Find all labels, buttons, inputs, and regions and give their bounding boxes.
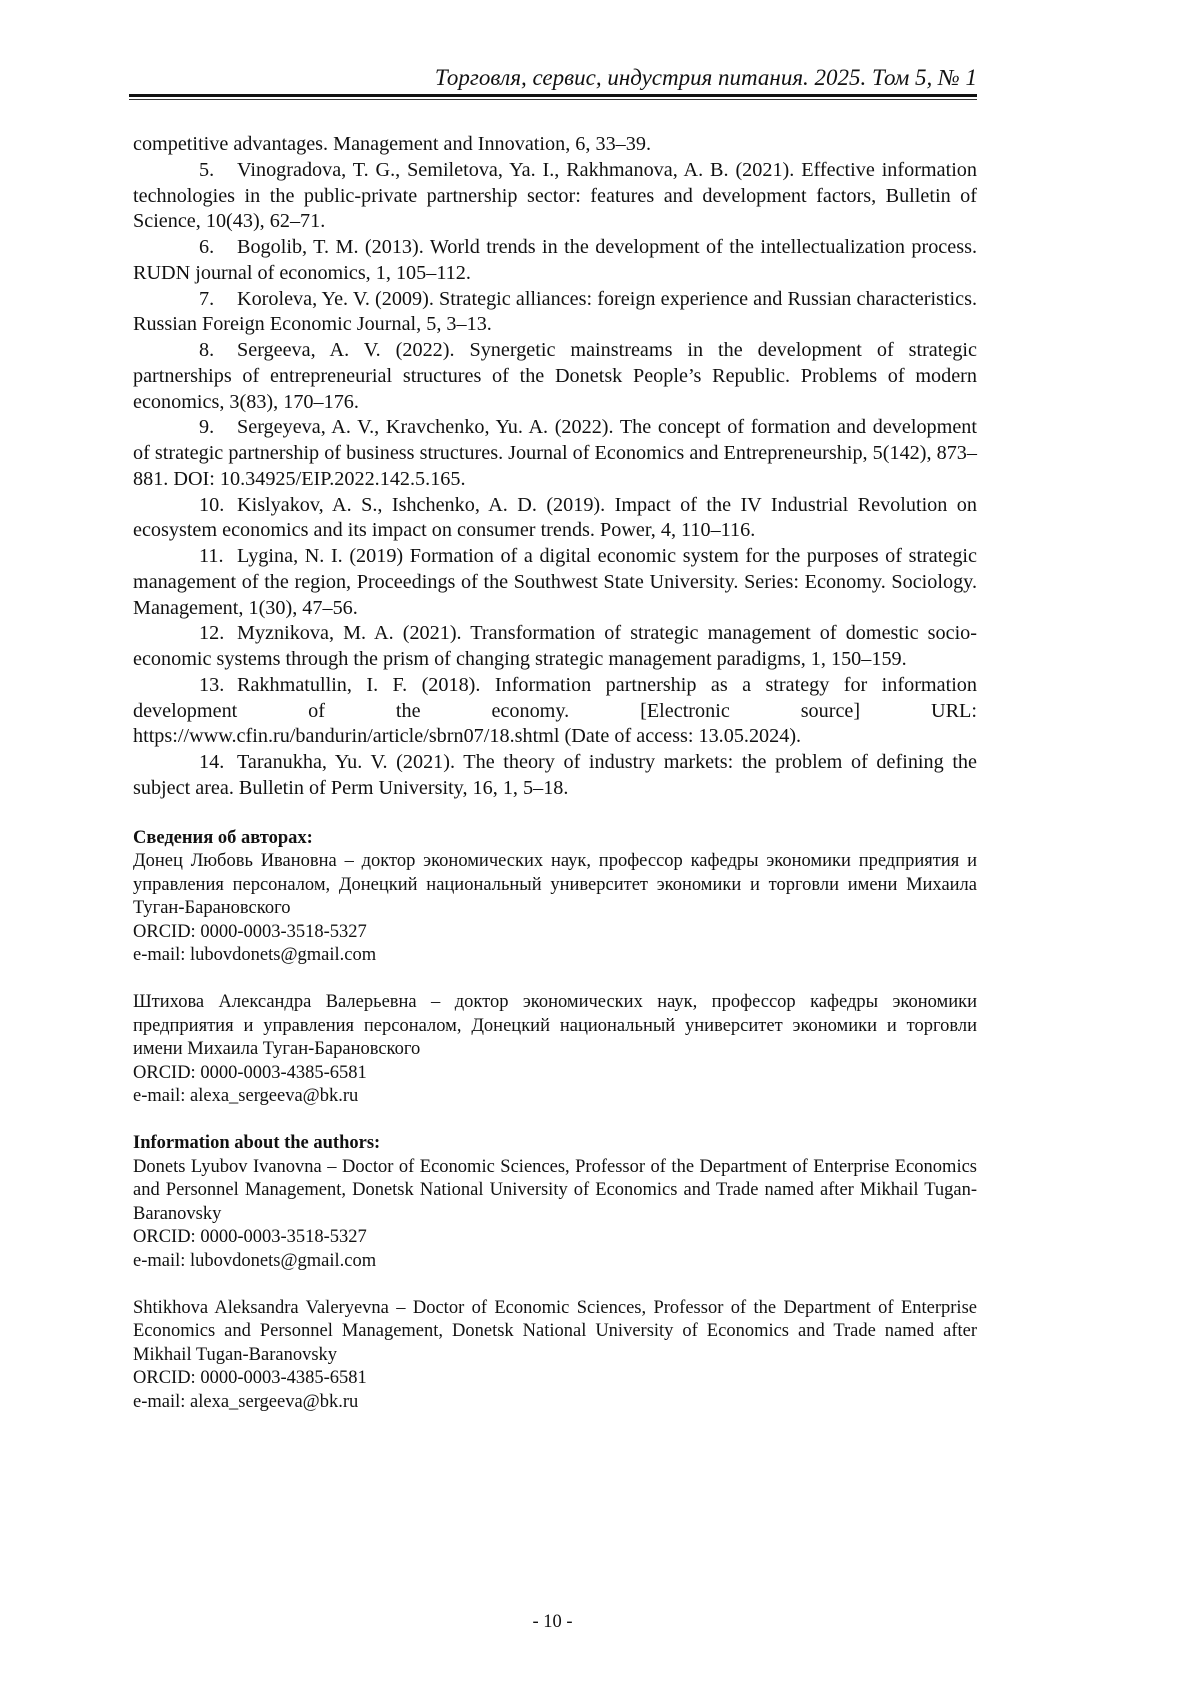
author-bio: Штихова Александра Валерьевна – доктор э… xyxy=(133,991,977,1062)
author-orcid: ORCID: 0000-0003-3518-5327 xyxy=(133,1226,977,1250)
reference-text: Taranukha, Yu. V. (2021). The theory of … xyxy=(133,751,977,799)
reference-number: 9. xyxy=(199,415,237,441)
author-entry: Штихова Александра Валерьевна – доктор э… xyxy=(133,991,977,1109)
header-rule-thick xyxy=(129,94,977,97)
reference-item: 6.Bogolib, T. M. (2013). World trends in… xyxy=(133,235,977,287)
reference-number: 11. xyxy=(199,544,237,570)
reference-item: 11.Lygina, N. I. (2019) Formation of a d… xyxy=(133,544,977,621)
reference-number: 5. xyxy=(199,158,237,184)
reference-text: Sergeyeva, A. V., Kravchenko, Yu. A. (20… xyxy=(133,416,977,490)
author-orcid: ORCID: 0000-0003-4385-6581 xyxy=(133,1062,977,1086)
reference-text: Koroleva, Ye. V. (2009). Strategic allia… xyxy=(133,288,977,336)
reference-text: Sergeeva, A. V. (2022). Synergetic mains… xyxy=(133,339,977,413)
reference-item: 5.Vinogradova, T. G., Semiletova, Ya. I.… xyxy=(133,158,977,235)
reference-text: Vinogradova, T. G., Semiletova, Ya. I., … xyxy=(133,159,977,233)
authors-block: Сведения об авторах: Донец Любовь Иванов… xyxy=(133,827,977,1415)
author-entry: Donets Lyubov Ivanovna – Doctor of Econo… xyxy=(133,1156,977,1274)
author-bio: Donets Lyubov Ivanovna – Doctor of Econo… xyxy=(133,1156,977,1227)
reference-number: 8. xyxy=(199,338,237,364)
reference-number: 7. xyxy=(199,287,237,313)
author-entry: Shtikhova Aleksandra Valeryevna – Doctor… xyxy=(133,1297,977,1415)
author-email: e-mail: lubovdonets@gmail.com xyxy=(133,944,977,968)
reference-item: 12.Myznikova, M. A. (2021). Transformati… xyxy=(133,621,977,673)
authors-section-en: Information about the authors: Donets Ly… xyxy=(133,1132,977,1415)
reference-text: Lygina, N. I. (2019) Formation of a digi… xyxy=(133,545,977,619)
reference-number: 10. xyxy=(199,493,237,519)
reference-text: Bogolib, T. M. (2013). World trends in t… xyxy=(133,236,977,284)
reference-number: 14. xyxy=(199,750,237,776)
reference-item: 7.Koroleva, Ye. V. (2009). Strategic all… xyxy=(133,287,977,339)
author-bio: Донец Любовь Ивановна – доктор экономиче… xyxy=(133,850,977,921)
page-number: - 10 - xyxy=(0,1610,1105,1634)
authors-heading-ru: Сведения об авторах: xyxy=(133,827,977,851)
reference-number: 6. xyxy=(199,235,237,261)
authors-heading-en: Information about the authors: xyxy=(133,1132,977,1156)
reference-number: 13. xyxy=(199,673,237,699)
author-email: e-mail: alexa_sergeeva@bk.ru xyxy=(133,1085,977,1109)
reference-text: Kislyakov, A. S., Ishchenko, A. D. (2019… xyxy=(133,494,977,542)
reference-item: 13.Rakhmatullin, I. F. (2018). Informati… xyxy=(133,673,977,750)
reference-number: 12. xyxy=(199,621,237,647)
page-content: competitive advantages. Management and I… xyxy=(133,132,977,1415)
author-orcid: ORCID: 0000-0003-3518-5327 xyxy=(133,921,977,945)
reference-item: 9.Sergeyeva, A. V., Kravchenko, Yu. A. (… xyxy=(133,415,977,492)
running-head-title: Торговля, сервис, индустрия питания. 202… xyxy=(133,64,977,92)
author-orcid: ORCID: 0000-0003-4385-6581 xyxy=(133,1367,977,1391)
reference-list: competitive advantages. Management and I… xyxy=(133,132,977,802)
reference-text: Myznikova, M. A. (2021). Transformation … xyxy=(133,622,977,670)
author-bio: Shtikhova Aleksandra Valeryevna – Doctor… xyxy=(133,1297,977,1368)
authors-section-ru: Сведения об авторах: Донец Любовь Иванов… xyxy=(133,827,977,1110)
author-entry: Донец Любовь Ивановна – доктор экономиче… xyxy=(133,850,977,968)
reference-text: Rakhmatullin, I. F. (2018). Information … xyxy=(133,674,977,748)
reference-item: 10.Kislyakov, A. S., Ishchenko, A. D. (2… xyxy=(133,493,977,545)
header-rule-thin xyxy=(129,99,977,100)
reference-continuation: competitive advantages. Management and I… xyxy=(133,132,977,158)
author-email: e-mail: lubovdonets@gmail.com xyxy=(133,1250,977,1274)
reference-item: 14.Taranukha, Yu. V. (2021). The theory … xyxy=(133,750,977,802)
author-email: e-mail: alexa_sergeeva@bk.ru xyxy=(133,1391,977,1415)
reference-item: 8.Sergeeva, A. V. (2022). Synergetic mai… xyxy=(133,338,977,415)
